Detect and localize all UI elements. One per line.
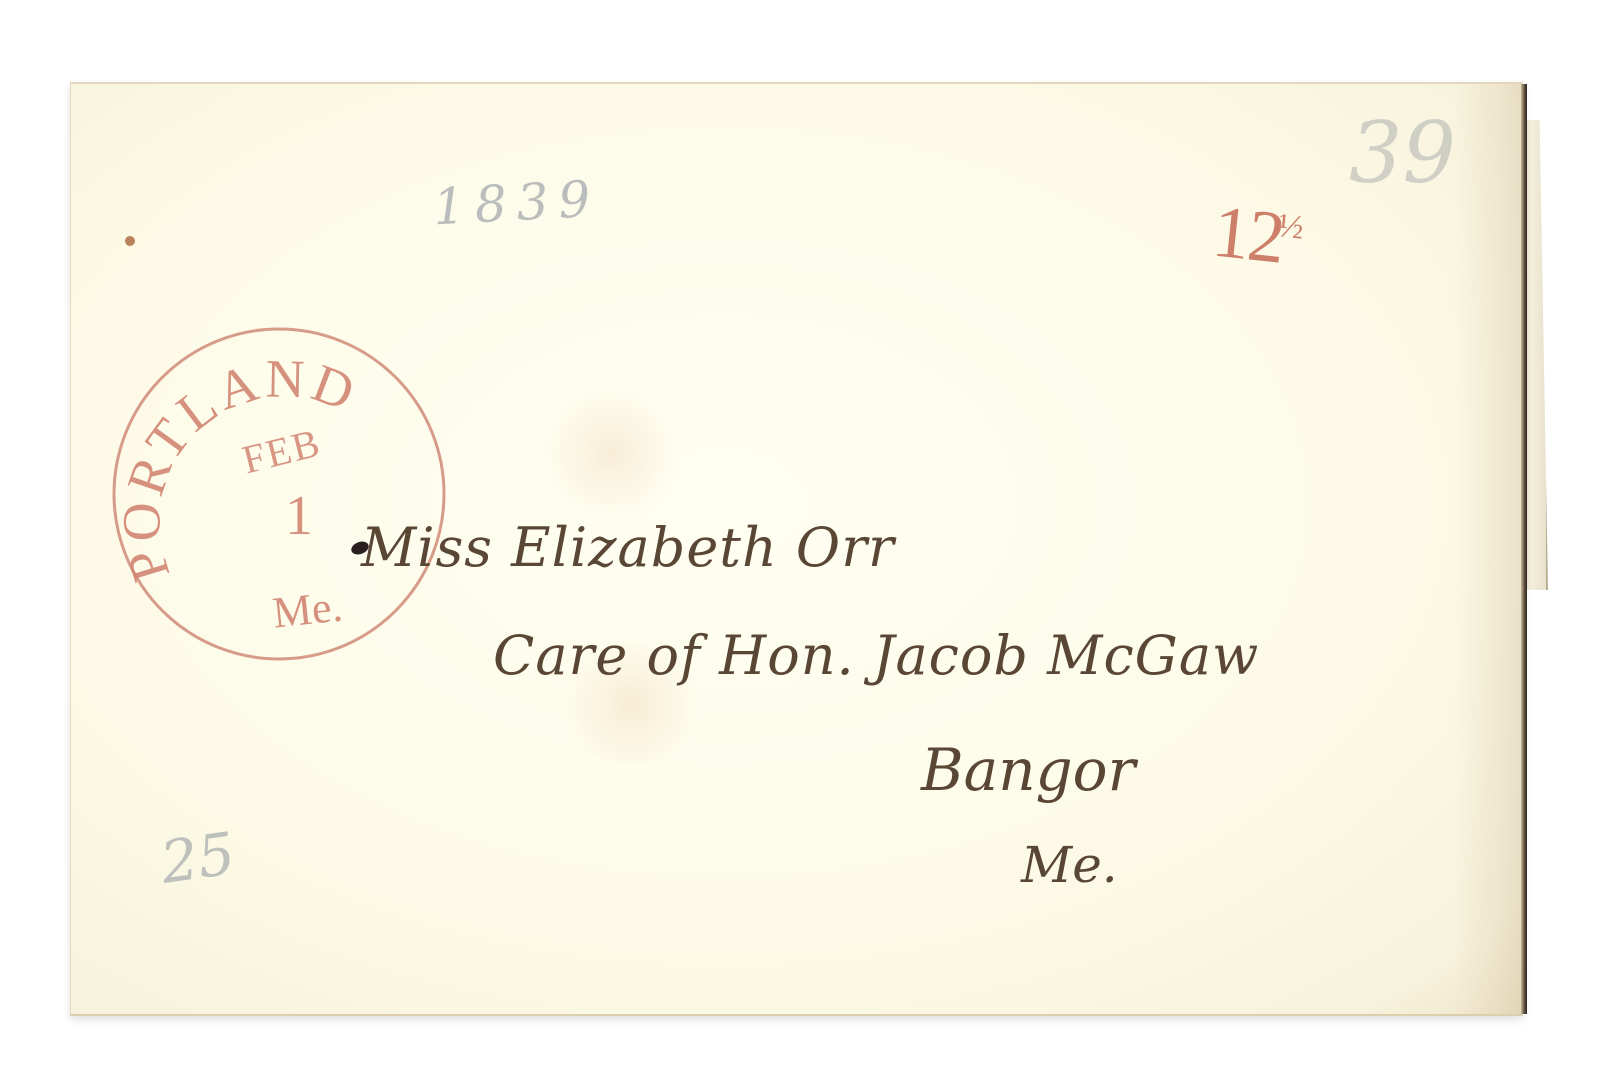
pencil-folio-note: 39 bbox=[1349, 104, 1456, 202]
fold-shadow bbox=[1453, 84, 1523, 1014]
pencil-price-note: 25 bbox=[157, 819, 240, 897]
postmark-state: Me. bbox=[270, 582, 344, 638]
rate-value: 12 bbox=[1209, 191, 1287, 280]
rate-marking: 12½ bbox=[1209, 190, 1305, 284]
address-line-state: Me. bbox=[1021, 836, 1118, 894]
postmark-day: 1 bbox=[285, 485, 313, 547]
address-line-addressee: Miss Elizabeth Orr bbox=[361, 516, 895, 579]
ink-dot bbox=[125, 236, 135, 246]
cover-right-edge bbox=[1521, 84, 1527, 1014]
svg-text:PORTLAND: PORTLAND bbox=[111, 348, 366, 588]
address-line-city: Bangor bbox=[921, 736, 1135, 804]
postmark-month: FEB bbox=[238, 419, 326, 482]
portland-postmark: PORTLAND FEB 1 Me. bbox=[109, 324, 449, 664]
pencil-year-note: 1839 bbox=[432, 170, 602, 237]
letter-cover: 1839 39 25 12½ PORTLAND FEB 1 Me. Miss E… bbox=[70, 82, 1523, 1016]
foxing-stain bbox=[541, 384, 681, 524]
rate-fraction: ½ bbox=[1276, 208, 1303, 247]
postmark-town: PORTLAND bbox=[111, 348, 366, 588]
address-line-care-of: Care of Hon. Jacob McGaw bbox=[493, 624, 1259, 687]
